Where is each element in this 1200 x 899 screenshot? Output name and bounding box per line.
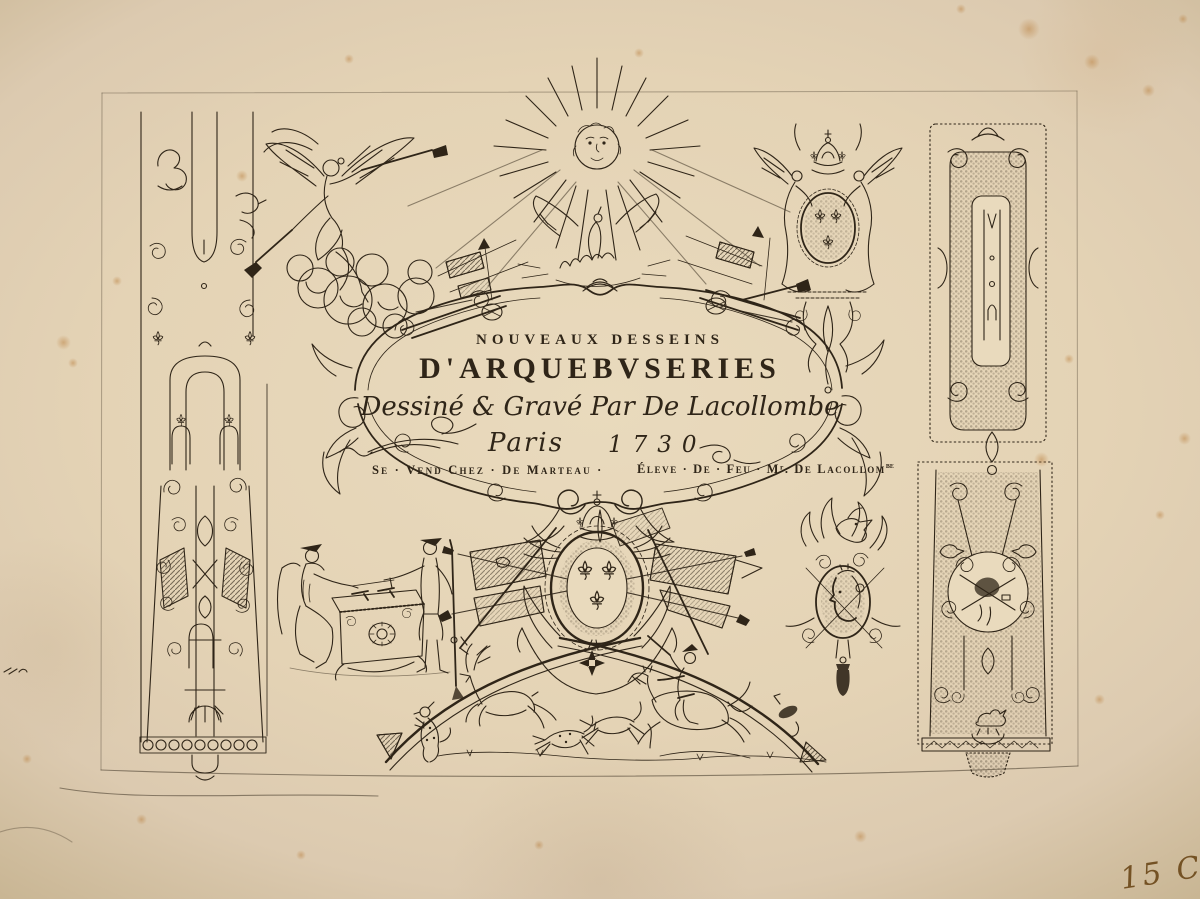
gunsmith-shop-scene [278,538,465,700]
left-barrel-ornament-panel [140,112,267,780]
running-hound-collared [580,702,644,744]
fame-angel-figure [244,129,448,338]
year-text: 1730 [608,432,707,458]
place-text: Paris [488,428,564,458]
stag-hunt-scene [377,636,826,772]
profile-medallion-with-flames [786,498,900,696]
imprint-right-text: Éleve · De · Feu · Mʳ. De Lacollombe [637,461,894,477]
byline-text: Dessiné & Gravé Par De Lacollombe [0,392,1200,422]
imprint-right-main: Éleve · De · Feu · Mʳ. De Lacollom [637,462,886,476]
main-title-text: D'ARQUEBVSERIES [0,352,1200,386]
right-sideplate-ornament-panel [918,124,1052,777]
margin-marks-and-creases [0,668,378,842]
print-sheet: NOUVEAUX DESSEINS D'ARQUEBVSERIES Dessin… [0,0,1200,899]
series-title-text: NOUVEAUX DESSEINS [0,332,1200,349]
etching-artwork [0,0,1200,899]
central-arms-trophy [438,491,762,654]
phoenix-rising-from-flames [518,194,670,287]
imprint-right-superscript: be [886,461,894,470]
leaping-stag [460,637,556,728]
horseman-with-baton [628,636,752,748]
trophy-of-arms-left [402,238,528,338]
imprint-left-text: Se · Vend Chez · De Marteau · [372,463,604,478]
